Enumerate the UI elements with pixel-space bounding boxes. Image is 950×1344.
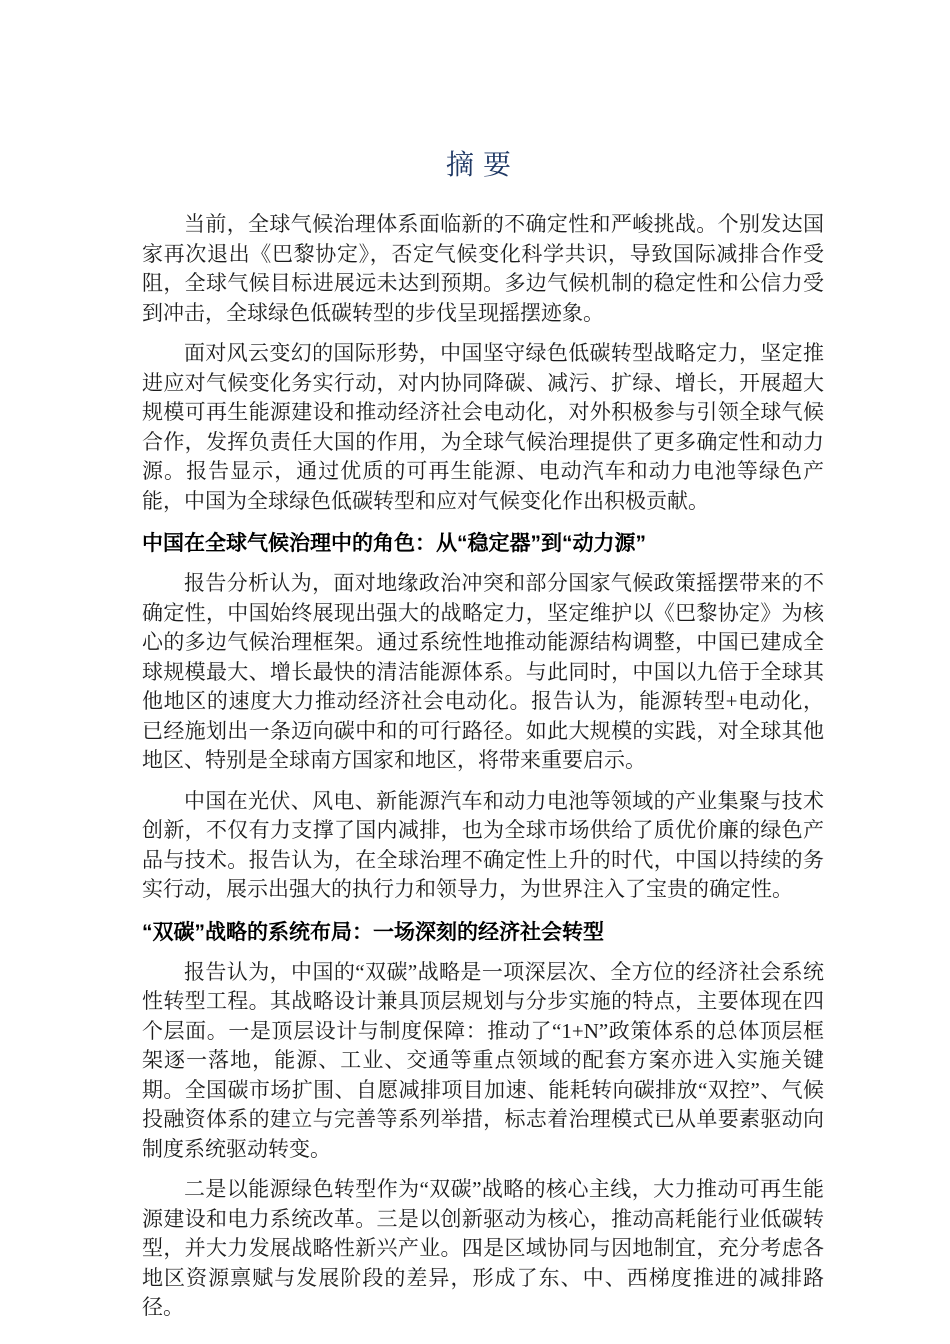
- document-page: 摘要 当前，全球气候治理体系面临新的不确定性和严峻挑战。个别发达国家再次退出《巴…: [0, 0, 950, 1344]
- paragraph-industry-innovation: 中国在光伏、风电、新能源汽车和动力电池等领域的产业集聚与技术创新，不仅有力支撑了…: [142, 787, 824, 905]
- paragraph-global-challenges: 当前，全球气候治理体系面临新的不确定性和严峻挑战。个别发达国家再次退出《巴黎协定…: [142, 210, 824, 328]
- page-title: 摘要: [142, 146, 824, 186]
- page-footer: I: [0, 1240, 950, 1258]
- paragraph-china-strategy: 面对风云变幻的国际形势，中国坚守绿色低碳转型战略定力，坚定推进应对气候变化务实行…: [142, 339, 824, 516]
- page-number: I: [472, 1240, 477, 1257]
- section-heading-china-role: 中国在全球气候治理中的角色：从“稳定器”到“动力源”: [142, 529, 824, 558]
- paragraph-report-analysis: 报告分析认为，面对地缘政治冲突和部分国家气候政策摇摆带来的不确定性，中国始终展现…: [142, 569, 824, 776]
- section-heading-dual-carbon: “双碳”战略的系统布局：一场深刻的经济社会转型: [142, 918, 824, 947]
- paragraph-dual-carbon-layout: 报告认为，中国的“双碳”战略是一项深层次、全方位的经济社会系统性转型工程。其战略…: [142, 958, 824, 1165]
- abstract-content: 摘要 当前，全球气候治理体系面临新的不确定性和严峻挑战。个别发达国家再次退出《巴…: [142, 0, 824, 1334]
